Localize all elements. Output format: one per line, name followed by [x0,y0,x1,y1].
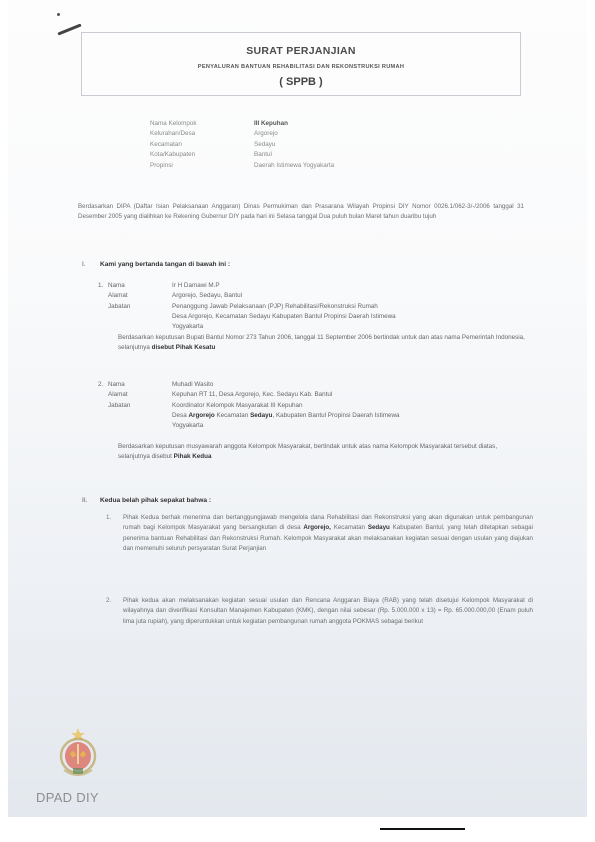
watermark: DPAD DIY [8,728,138,813]
document-code: ( SPPB ) [82,76,520,88]
clause-1-number: 1. [106,514,111,521]
info-row: Kota/KabupatenBantul [150,150,334,161]
party-1-note: Berdasarkan keputusan Bupati Bantul Nomo… [118,333,528,354]
info-row: PropinsiDaerah Istimewa Yogyakarta [150,160,334,171]
info-row: KecamatanSedayu [150,139,334,150]
group-info: Nama KelompokIII Kepuhan Kelurahan/DesaA… [150,118,334,171]
clause-2: Pihak kedua akan melaksanakan kegiatan s… [123,596,533,627]
scanned-page: SURAT PERJANJIAN PENYALURAN BANTUAN REHA… [8,0,587,817]
watermark-text: DPAD DIY [36,790,99,805]
signature-line [380,828,465,830]
section-1-heading: Kami yang bertanda tangan di bawah ini : [100,261,230,268]
document-subtitle: PENYALURAN BANTUAN REHABILITASI DAN REKO… [82,64,520,70]
clause-1: Pihak Kedua berhak menerima dan bertangg… [123,513,533,554]
clause-2-number: 2. [106,597,111,604]
party-2-note: Berdasarkan keputusan musyawarah anggota… [118,442,528,463]
party-1-designation: disebut Pihak Kesatu [152,344,216,351]
party-2: 2.NamaMuhadi Wasito AlamatKepuhan RT 11,… [108,380,538,431]
document-title: SURAT PERJANJIAN [82,45,520,57]
party-1: 1.NamaIr H Damawi M.P AlamatArgorejo, Se… [108,281,538,332]
intro-paragraph: Berdasarkan DIPA (Daftar Isian Pelaksana… [78,202,524,223]
title-box: SURAT PERJANJIAN PENYALURAN BANTUAN REHA… [81,32,521,96]
yogyakarta-emblem-icon [56,728,100,780]
section-2-number: II. [82,497,88,504]
party-2-name: Muhadi Wasito [172,380,538,390]
party-2-designation: Pihak Kedua [174,453,212,460]
info-row: Nama KelompokIII Kepuhan [150,118,334,129]
info-row: Kelurahan/DesaArgorejo [150,129,334,140]
party-1-name: Ir H Damawi M.P [172,281,538,291]
pen-stroke [57,23,81,35]
section-2-heading: Kedua belah pihak sepakat bahwa : [100,497,211,504]
pen-mark [57,13,60,16]
section-1-number: I. [82,261,86,268]
